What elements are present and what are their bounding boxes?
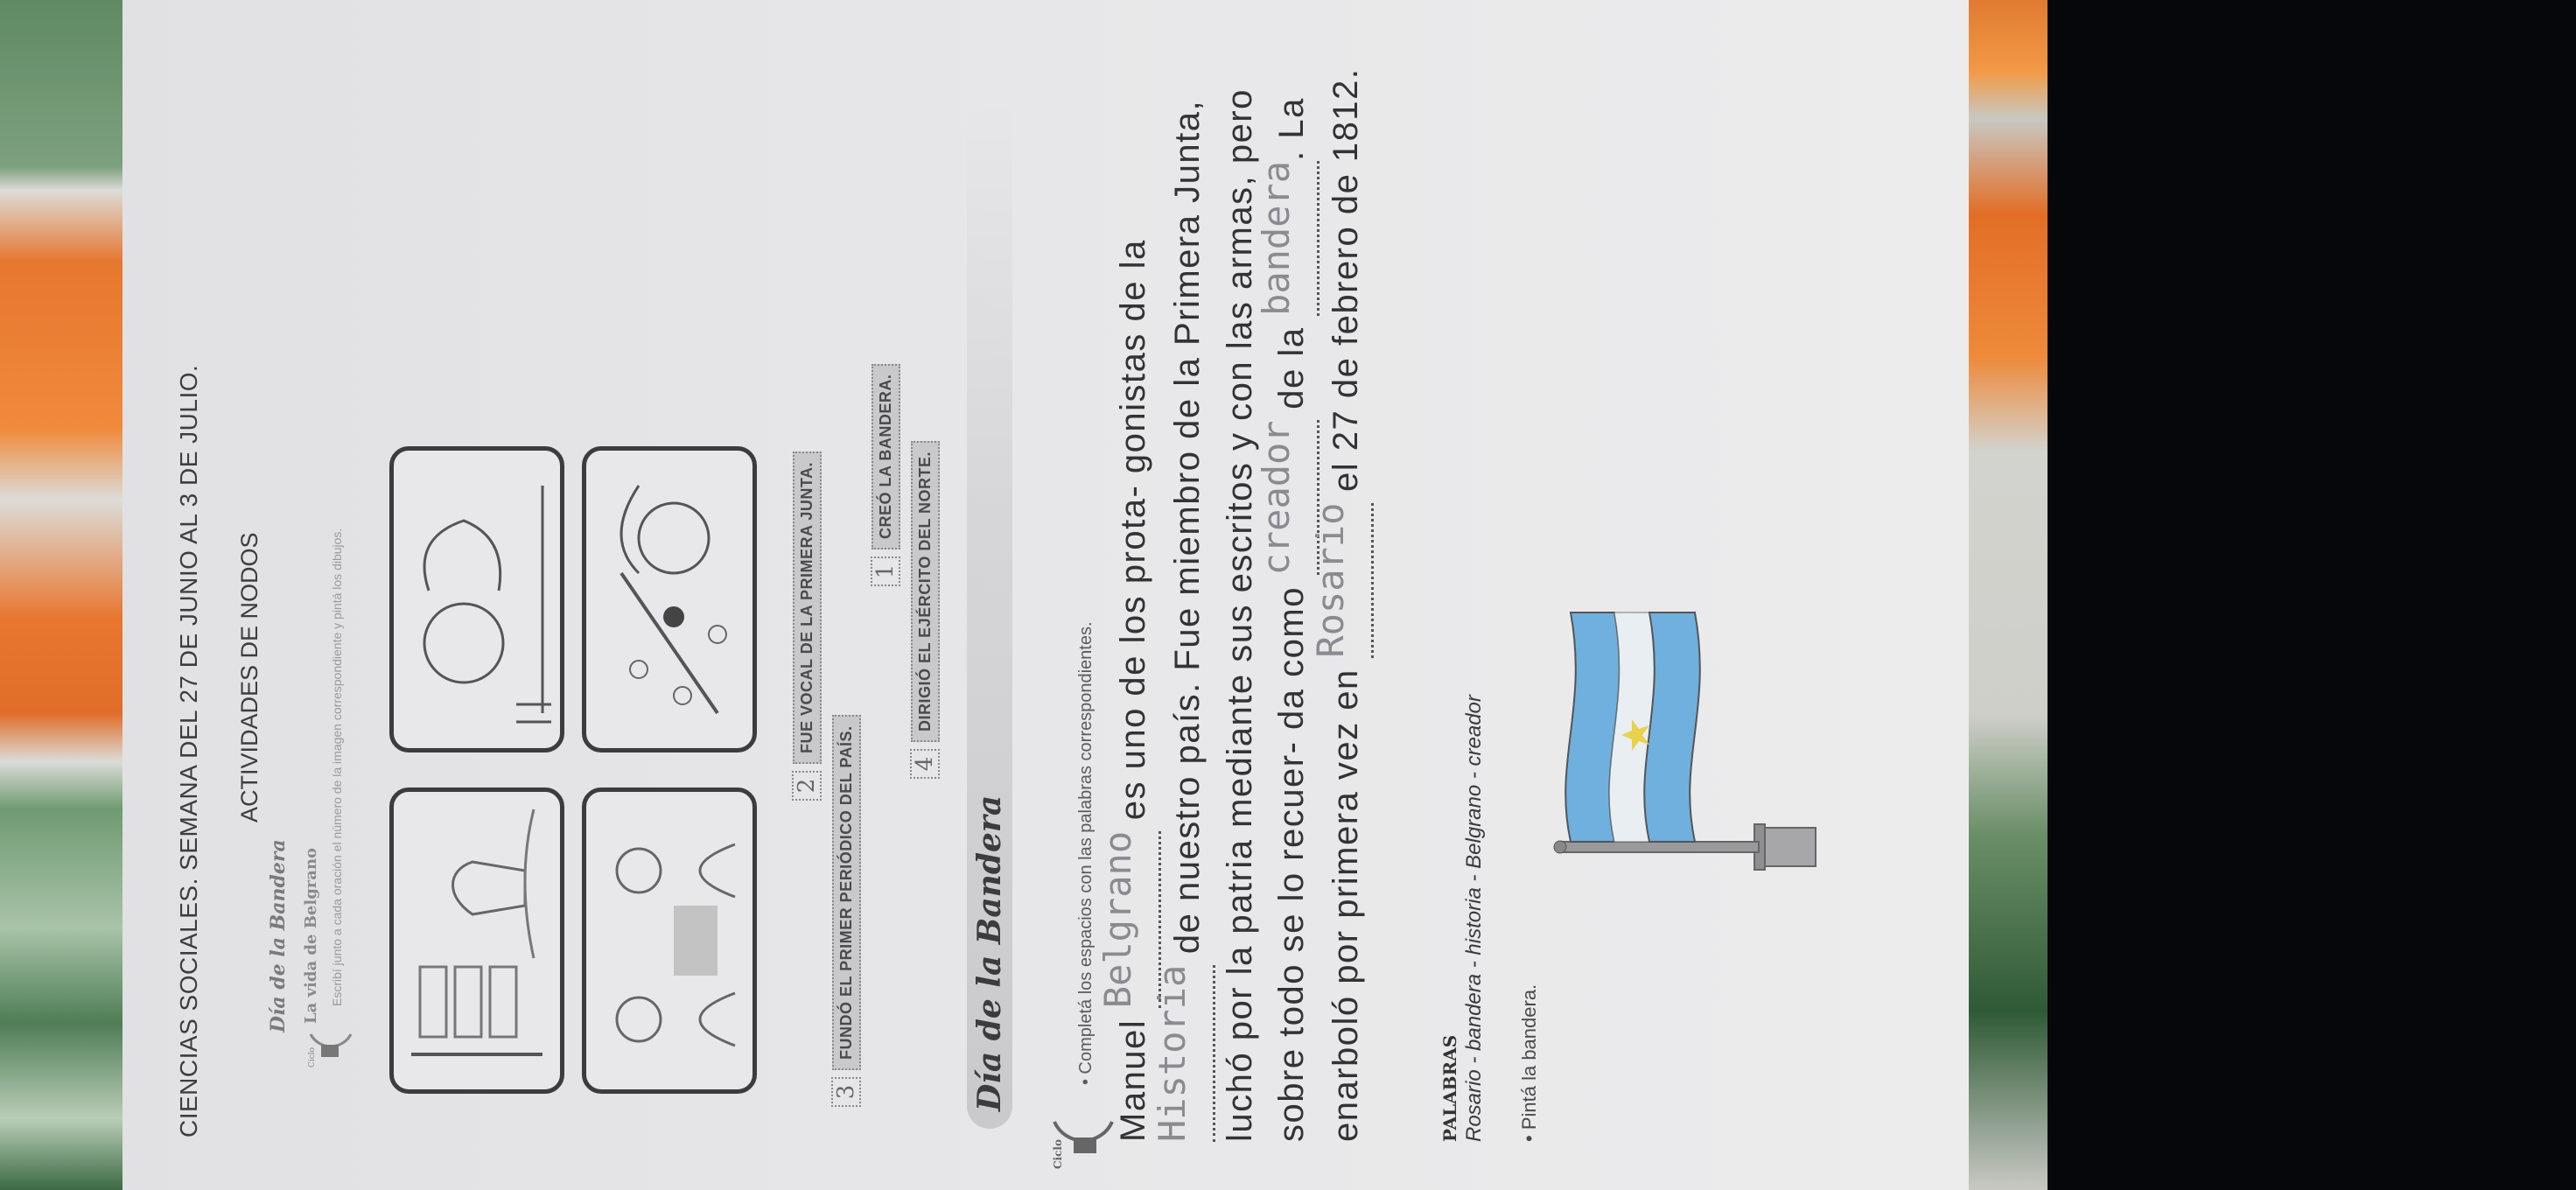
svg-text:Ciclo: Ciclo <box>1052 1139 1064 1169</box>
paragraph-text: el 27 de febrero de 1812. <box>1326 67 1365 502</box>
section2-instruction: • Completá los espacios con las palabras… <box>1076 621 1096 1085</box>
word-bank: PALABRAS Rosario - bandera - historia - … <box>1439 695 1487 1142</box>
answer-box-3[interactable]: 1 <box>871 556 900 586</box>
ship-flag-drawing-icon <box>394 792 560 1089</box>
dark-background <box>2047 0 2576 1190</box>
panel-1-ship <box>389 787 564 1094</box>
handwritten-answer-4: bandera <box>1255 161 1298 316</box>
man-writing-drawing-icon <box>394 451 560 748</box>
ciclo-badge-icon: Ciclo <box>302 1031 354 1069</box>
fill-in-paragraph: Manuel Belgrano es uno de los prota- gon… <box>1107 57 1374 1142</box>
panel-2-meeting <box>582 787 757 1094</box>
blank-5[interactable]: Rosario <box>1319 503 1374 658</box>
word-bank-title: PALABRAS <box>1439 695 1460 1142</box>
paint-instruction-text: Pintá la bandera. <box>1518 984 1540 1130</box>
subject-week-heading: CIENCIAS SOCIALES. SEMANA DEL 27 DE JUNI… <box>175 52 203 1137</box>
answer-box-2[interactable]: 3 <box>831 1077 861 1107</box>
statement-label-1: FUE VOCAL DE LA PRIMERA JUNTA. <box>793 451 822 764</box>
page-header: CIENCIAS SOCIALES. SEMANA DEL 27 DE JUNI… <box>175 52 263 1137</box>
section-belgrano-life: Ciclo Día de la Bandera La vida de Belgr… <box>267 210 345 1085</box>
panel-4-soldier <box>582 446 757 752</box>
answer-box-4[interactable]: 4 <box>910 749 940 779</box>
tablecloth-background-right <box>1969 0 2047 1190</box>
handwritten-answer-1: Belgrano <box>1096 831 1139 1008</box>
paragraph-text: es uno de los prota- gonistas de la <box>1114 239 1152 831</box>
statement-label-2: FUNDÓ EL PRIMER PERIÓDICO DEL PAÍS. <box>832 715 861 1070</box>
instruction-text: Completá los espacios con las palabras c… <box>1076 621 1095 1074</box>
argentina-flag-icon <box>1544 289 1833 901</box>
handwritten-answer-5: Rosario <box>1309 503 1352 658</box>
section1-instruction: Escribí junto a cada oración el número d… <box>329 464 345 1006</box>
answer-box-1[interactable]: 2 <box>792 771 822 801</box>
section2-title: Día de la Bandera <box>971 795 1008 1111</box>
section1-title: Día de la Bandera <box>267 210 290 1032</box>
activities-heading: ACTIVIDADES DE NODOS <box>236 52 263 1137</box>
statement-row-1: 2 FUE VOCAL DE LA PRIMERA JUNTA. <box>792 451 822 801</box>
handwritten-answer-2: Historia <box>1151 965 1193 1142</box>
handwritten-answer-3: creador <box>1255 420 1298 575</box>
statement-row-3: 1 CREÓ LA BANDERA. <box>871 364 900 586</box>
paint-instruction: • Pintá la bandera. <box>1518 984 1541 1142</box>
people-meeting-drawing-icon <box>586 792 752 1089</box>
blank-4[interactable]: bandera <box>1265 161 1319 316</box>
flag-drawing <box>1544 289 1833 901</box>
statement-row-2: 3 FUNDÓ EL PRIMER PERIÓDICO DEL PAÍS. <box>831 715 861 1107</box>
tablecloth-background-left <box>0 0 131 1190</box>
soldier-sword-drawing-icon <box>586 451 752 748</box>
image-grid <box>389 420 757 1094</box>
word-bank-list: Rosario - bandera - historia - Belgrano … <box>1462 695 1487 1142</box>
panel-3-writing <box>389 446 564 752</box>
blank-2[interactable]: Historia <box>1161 965 1215 1142</box>
statement-row-4: 4 DIRIGIÓ EL EJÉRCITO DEL NORTE. <box>910 441 940 779</box>
paragraph-text: de la <box>1272 316 1311 420</box>
section1-subtitle: La vida de Belgrano <box>302 210 320 1024</box>
svg-text:Ciclo: Ciclo <box>308 1047 317 1067</box>
statement-label-3: CREÓ LA BANDERA. <box>871 364 900 549</box>
worksheet-page: CIENCIAS SOCIALES. SEMANA DEL 27 DE JUNI… <box>127 0 1964 1190</box>
statement-label-4: DIRIGIÓ EL EJÉRCITO DEL NORTE. <box>911 441 940 742</box>
paragraph-text: Manuel <box>1114 1008 1152 1142</box>
ciclo-badge-icon: Ciclo <box>1046 1116 1116 1172</box>
